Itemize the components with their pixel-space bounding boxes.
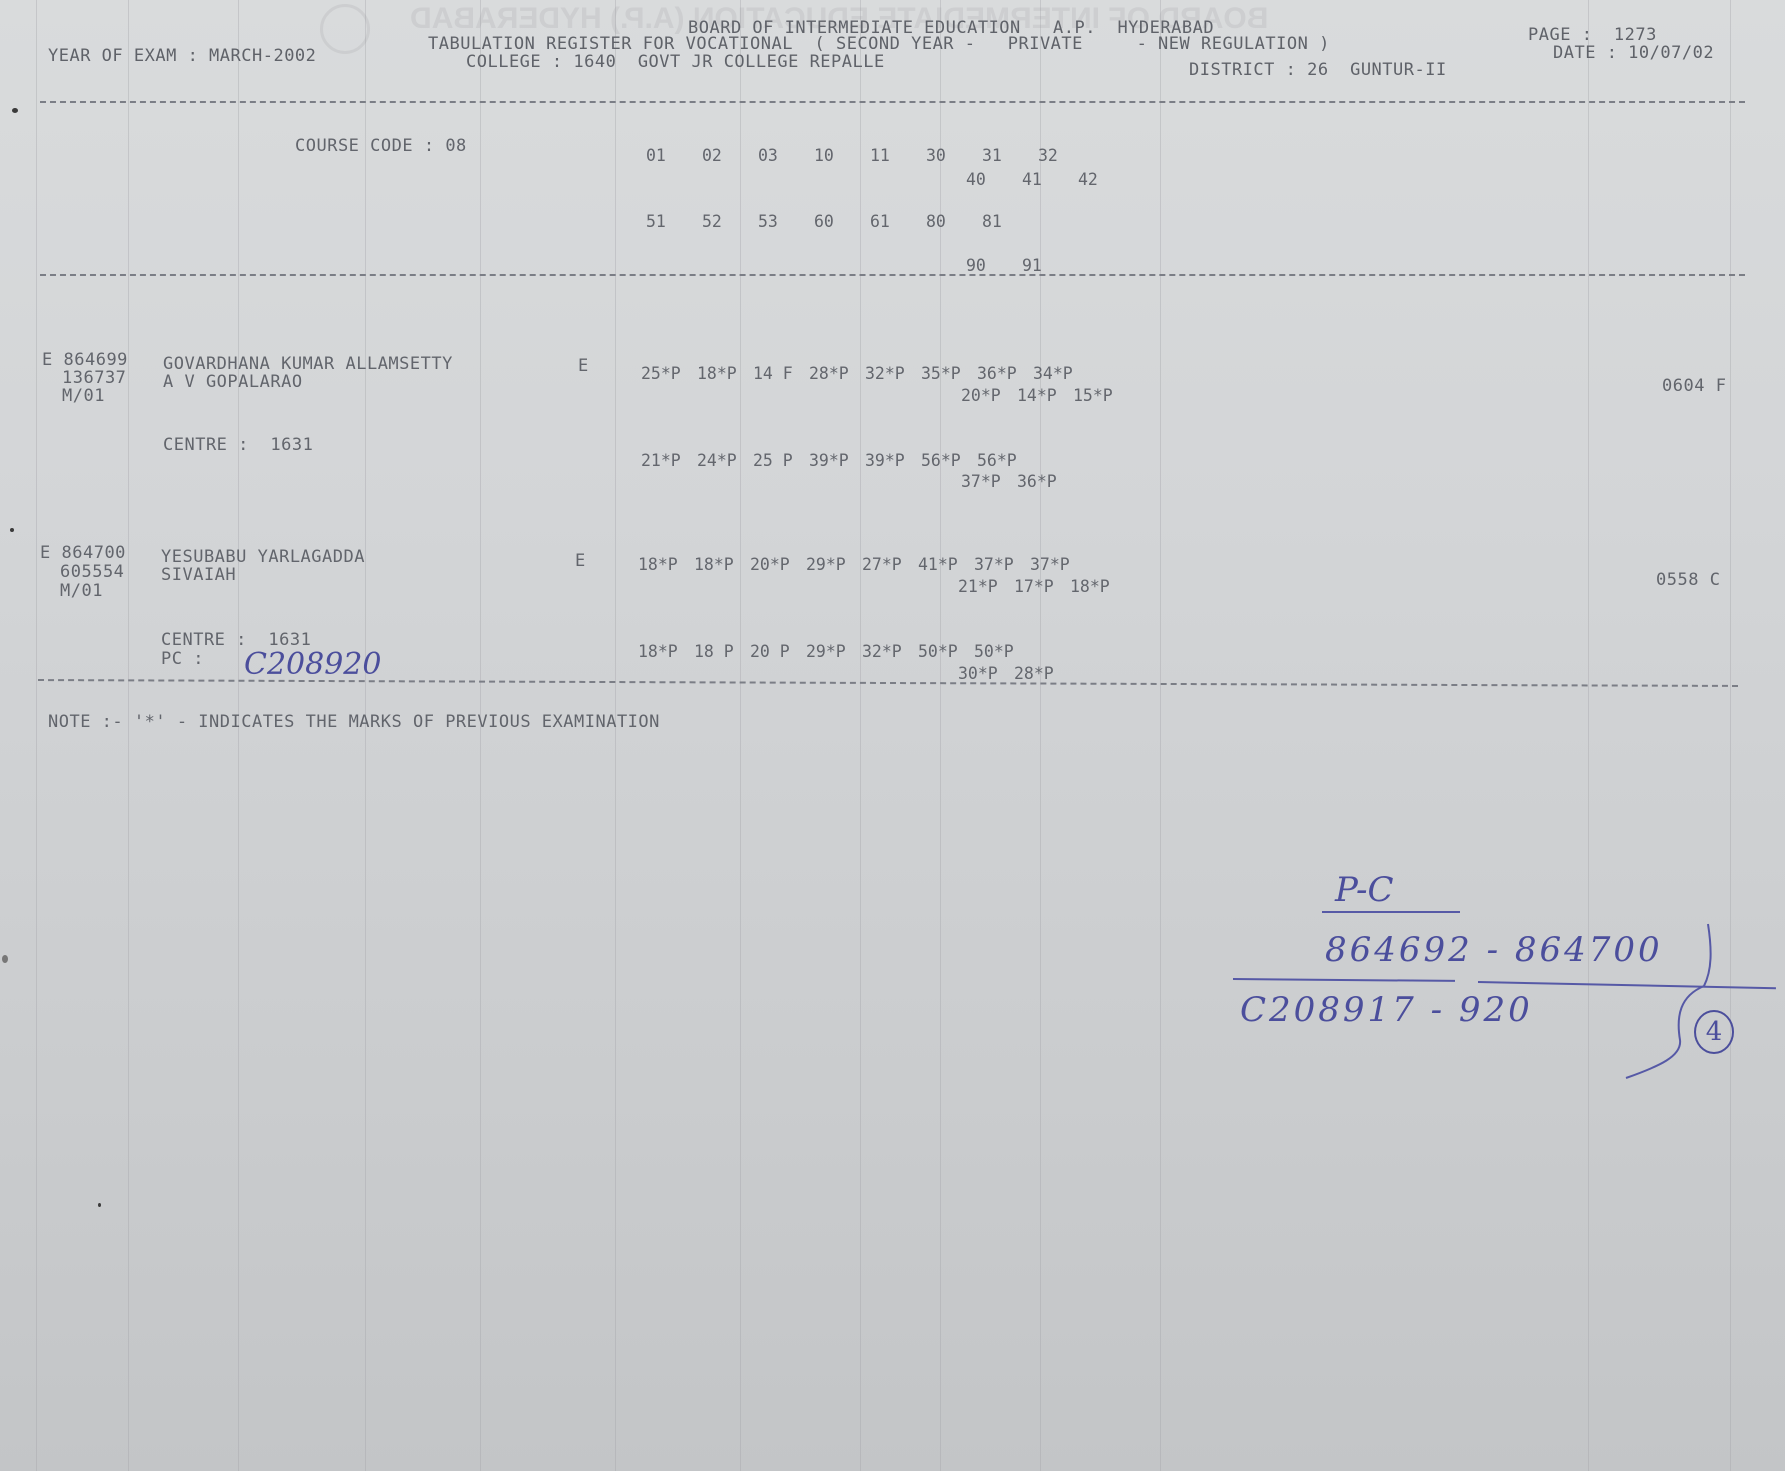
- handwritten-pc-number: C208920: [244, 647, 381, 682]
- mark: 56*P: [921, 451, 977, 470]
- category: M/01: [60, 581, 103, 601]
- mark: 32*P: [862, 642, 918, 661]
- mark: 30*P: [958, 664, 1014, 683]
- subject-code: 60: [814, 212, 870, 231]
- mark: 37*P: [961, 472, 1017, 491]
- subject-code: 32: [1038, 146, 1094, 165]
- mark: 36*P: [1017, 472, 1073, 491]
- footnote: NOTE :- '*' - INDICATES THE MARKS OF PRE…: [48, 712, 660, 732]
- subject-codes-row-2: 51 52 53 60 61 80 81: [646, 212, 1038, 231]
- category: M/01: [62, 386, 105, 406]
- total-and-result: 0558 C: [1656, 570, 1720, 590]
- print-date: DATE : 10/07/02: [1553, 43, 1714, 63]
- hall-ticket: E 864700: [40, 543, 126, 563]
- mark: 50*P: [974, 642, 1030, 661]
- course-code: COURSE CODE : 08: [295, 136, 467, 156]
- mark: 50*P: [918, 642, 974, 661]
- subject-codes-row-1b: 40 41 42: [966, 170, 1134, 189]
- subject-code: 02: [702, 146, 758, 165]
- subject-codes-row-1: 01 02 03 10 11 30 31 32: [646, 146, 1094, 165]
- mark: 56*P: [977, 451, 1033, 470]
- subject-code: 30: [926, 146, 982, 165]
- mark: 14*P: [1017, 386, 1073, 405]
- subject-code: 80: [926, 212, 982, 231]
- college-info: COLLEGE : 1640 GOVT JR COLLEGE REPALLE: [466, 52, 885, 72]
- paper-speck: [12, 108, 18, 113]
- father-name: SIVAIAH: [161, 565, 236, 585]
- tabulation-register-page: BOARD OF INTERMEDIATE EDUCATION (A.P.) H…: [0, 0, 1785, 1471]
- mark: 20 P: [750, 642, 806, 661]
- mark: 18*P: [1070, 577, 1126, 596]
- mark: 21*P: [958, 577, 1014, 596]
- mark: 18*P: [697, 364, 753, 383]
- mark: 21*P: [641, 451, 697, 470]
- mark: 39*P: [809, 451, 865, 470]
- header-divider: [40, 101, 1745, 103]
- paper-speck: [10, 528, 14, 532]
- subject-code: 51: [646, 212, 702, 231]
- mark: 29*P: [806, 555, 862, 574]
- marks-row-2b: 30*P 28*P: [958, 664, 1070, 683]
- subject-code: 03: [758, 146, 814, 165]
- marks-row-1b: 20*P 14*P 15*P: [961, 386, 1129, 405]
- mark: 18*P: [638, 642, 694, 661]
- candidate-name: GOVARDHANA KUMAR ALLAMSETTY: [163, 354, 453, 374]
- pc-label: PC :: [161, 649, 204, 669]
- mark: 25*P: [641, 364, 697, 383]
- subject-code: 41: [1022, 170, 1078, 189]
- mark: 24*P: [697, 451, 753, 470]
- mark: 14 F: [753, 364, 809, 383]
- mark: 32*P: [865, 364, 921, 383]
- district-info: DISTRICT : 26 GUNTUR-II: [1189, 60, 1447, 80]
- records-divider: [38, 679, 1738, 687]
- subject-code: 81: [982, 212, 1038, 231]
- mark: 18*P: [694, 555, 750, 574]
- mark: 37*P: [1030, 555, 1086, 574]
- mark: 28*P: [1014, 664, 1070, 683]
- marks-row-1: 25*P 18*P 14 F 28*P 32*P 35*P 36*P 34*P: [641, 364, 1089, 383]
- mark: 41*P: [918, 555, 974, 574]
- mark: 36*P: [977, 364, 1033, 383]
- hall-ticket: E 864699: [42, 350, 128, 370]
- course-divider: [40, 274, 1745, 276]
- divider-line: [1233, 978, 1455, 982]
- mark: 15*P: [1073, 386, 1129, 405]
- mark: 28*P: [809, 364, 865, 383]
- marks-row-2b: 37*P 36*P: [961, 472, 1073, 491]
- mark: 27*P: [862, 555, 918, 574]
- bracket-stroke: [1620, 920, 1740, 1080]
- subject-code: 01: [646, 146, 702, 165]
- year-of-exam: YEAR OF EXAM : MARCH-2002: [48, 46, 316, 66]
- mark: 20*P: [961, 386, 1017, 405]
- total-and-result: 0604 F: [1662, 376, 1726, 396]
- subject-code: 42: [1078, 170, 1134, 189]
- marks-row-1: 18*P 18*P 20*P 29*P 27*P 41*P 37*P 37*P: [638, 555, 1086, 574]
- mark: 18*P: [638, 555, 694, 574]
- mark: 17*P: [1014, 577, 1070, 596]
- mark: 39*P: [865, 451, 921, 470]
- subject-code: 53: [758, 212, 814, 231]
- subject-code: 90: [966, 256, 1022, 275]
- candidate-name: YESUBABU YARLAGADDA: [161, 547, 365, 567]
- annotation-range-1: 864692 - 864700: [1325, 930, 1663, 970]
- marks-row-1b: 21*P 17*P 18*P: [958, 577, 1126, 596]
- annotation-range-2: C208917 - 920: [1240, 990, 1533, 1030]
- mark: 37*P: [974, 555, 1030, 574]
- subject-code: 31: [982, 146, 1038, 165]
- mark: 29*P: [806, 642, 862, 661]
- reg-no: 605554: [60, 562, 124, 582]
- marks-row-2: 18*P 18 P 20 P 29*P 32*P 50*P 50*P: [638, 642, 1030, 661]
- father-name: A V GOPALARAO: [163, 372, 303, 392]
- mark: 18 P: [694, 642, 750, 661]
- mark: 20*P: [750, 555, 806, 574]
- underline: [1322, 911, 1460, 913]
- register-title: TABULATION REGISTER FOR VOCATIONAL ( SEC…: [428, 34, 1330, 54]
- paper-speck: [98, 1203, 101, 1207]
- subject-code: 11: [870, 146, 926, 165]
- reg-no: 136737: [62, 368, 126, 388]
- subject-code: 52: [702, 212, 758, 231]
- subject-codes-row-3: 90 91: [966, 256, 1078, 275]
- bleed-through-seal: [320, 4, 370, 54]
- subject-code: 40: [966, 170, 1022, 189]
- paper-speck: [2, 955, 8, 963]
- subject-code: 10: [814, 146, 870, 165]
- mark: 34*P: [1033, 364, 1089, 383]
- medium: E: [578, 356, 589, 376]
- subject-code: 61: [870, 212, 926, 231]
- mark: 35*P: [921, 364, 977, 383]
- marks-row-2: 21*P 24*P 25 P 39*P 39*P 56*P 56*P: [641, 451, 1033, 470]
- centre: CENTRE : 1631: [163, 435, 313, 455]
- annotation-title: P-C: [1335, 870, 1394, 910]
- medium: E: [575, 551, 586, 571]
- subject-code: 91: [1022, 256, 1078, 275]
- mark: 25 P: [753, 451, 809, 470]
- page-number: PAGE : 1273: [1528, 25, 1657, 45]
